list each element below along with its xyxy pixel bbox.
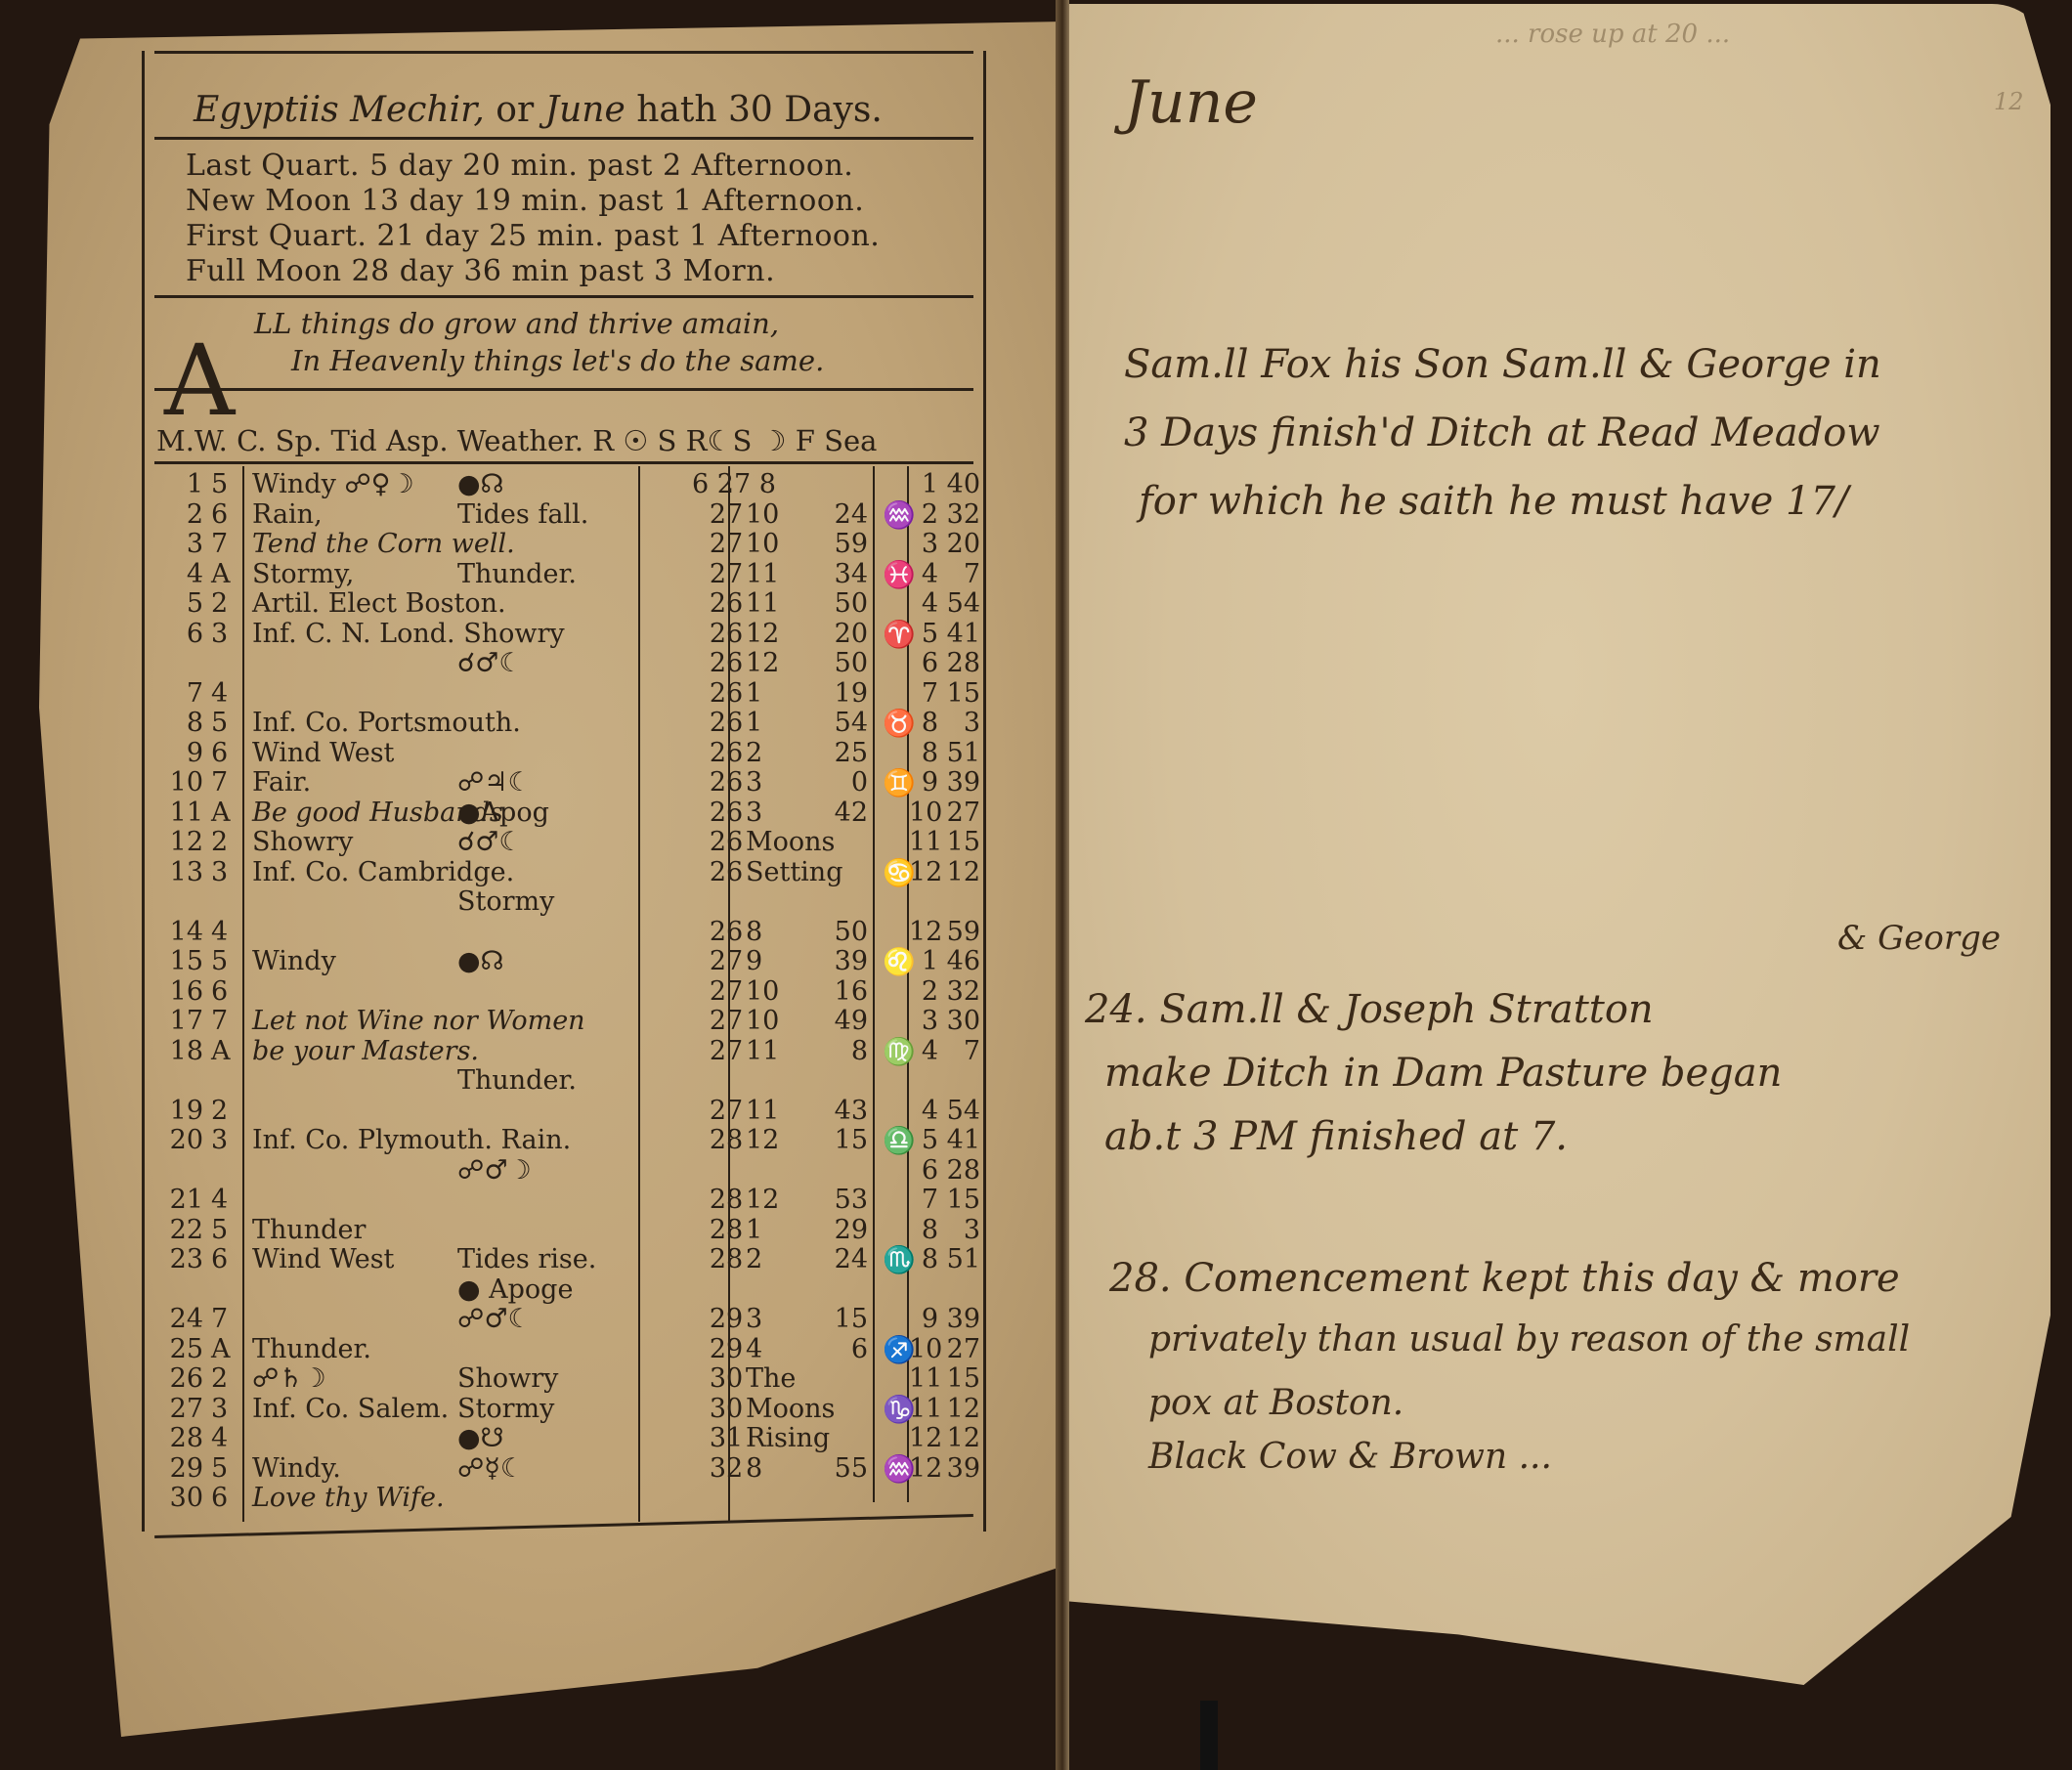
entry-2-line-1: 24. Sam.ll & Joseph Stratton bbox=[1085, 987, 1654, 1032]
cell-wd: 6 bbox=[211, 738, 228, 768]
cell-sun: 6 27 8 bbox=[692, 469, 760, 499]
cell-tm: 32 bbox=[941, 976, 980, 1007]
cell-tm: 41 bbox=[941, 619, 980, 649]
entry-3-line-2: privately than usual by reason of the sm… bbox=[1148, 1319, 1910, 1360]
cell-day: 22 bbox=[164, 1215, 203, 1245]
cell-wx2: Tides fall. bbox=[457, 499, 588, 530]
cell-th: 4 bbox=[909, 588, 938, 619]
cell-mh: 11 bbox=[746, 559, 779, 589]
divider bbox=[154, 388, 973, 391]
cell-day: 2 bbox=[164, 499, 203, 530]
cell-wx2: ☌♂☾ bbox=[457, 827, 523, 857]
cell-day: 17 bbox=[164, 1006, 203, 1036]
cell-mh: 12 bbox=[746, 1185, 779, 1215]
entry-1-line-3: for which he saith he must have 17/ bbox=[1139, 479, 1848, 524]
cell-tm: 15 bbox=[941, 827, 980, 857]
cell-wx2: ☌♂☾ bbox=[457, 648, 523, 678]
cell-mh: 4 bbox=[746, 1334, 762, 1364]
cell-tm: 40 bbox=[941, 469, 980, 499]
cell-day: 25 bbox=[164, 1334, 203, 1364]
cell-mh: 3 bbox=[746, 767, 762, 798]
cell-th: 1 bbox=[909, 469, 938, 499]
cell-day: 24 bbox=[164, 1304, 203, 1334]
cell-mh: 8 bbox=[746, 1453, 762, 1484]
cell-day: 20 bbox=[164, 1125, 203, 1155]
cell-day: 28 bbox=[164, 1423, 203, 1453]
cell-wx2: ☍☿☾ bbox=[457, 1453, 524, 1484]
verse-line-2: In Heavenly things let's do the same. bbox=[291, 344, 824, 377]
cell-tm: 41 bbox=[941, 1125, 980, 1155]
entry-1-line-1: Sam.ll Fox his Son Sam.ll & George in bbox=[1124, 342, 1881, 387]
cell-wx: Stormy, bbox=[252, 559, 354, 589]
cell-mh: Moons bbox=[746, 1394, 835, 1424]
cell-wx: be your Masters. bbox=[252, 1036, 479, 1066]
cell-th: 8 bbox=[909, 1244, 938, 1274]
cell-mm: 15 bbox=[819, 1304, 868, 1334]
cell-mh: 12 bbox=[746, 619, 779, 649]
cell-mh: 1 bbox=[746, 708, 762, 738]
cell-day: 3 bbox=[164, 529, 203, 559]
book-spine bbox=[1056, 0, 1069, 1770]
cell-wd: 6 bbox=[211, 1483, 228, 1513]
cell-tm: 54 bbox=[941, 588, 980, 619]
cell-wx: Inf. C. N. Lond. Showry bbox=[252, 619, 565, 649]
divider bbox=[154, 461, 973, 464]
cell-th: 12 bbox=[909, 1453, 938, 1484]
cell-mm: 49 bbox=[819, 1006, 868, 1036]
cell-wx2: ●Apog bbox=[457, 798, 549, 828]
cell-mh: 9 bbox=[746, 946, 762, 976]
cell-wx: Rain, bbox=[252, 499, 323, 530]
divider bbox=[154, 51, 973, 54]
cell-tm: 28 bbox=[941, 648, 980, 678]
cell-mm: 25 bbox=[819, 738, 868, 768]
cell-day: 21 bbox=[164, 1185, 203, 1215]
cell-tm: 28 bbox=[941, 1155, 980, 1186]
cell-wd: 5 bbox=[211, 469, 228, 499]
cell-wx2: ☍♂☾ bbox=[457, 1304, 532, 1334]
entry-3-line-4: Black Cow & Brown ... bbox=[1148, 1437, 1552, 1477]
cell-th: 4 bbox=[909, 1036, 938, 1066]
cell-mm: 43 bbox=[819, 1096, 868, 1126]
cell-mm: 50 bbox=[819, 648, 868, 678]
cell-wd: 7 bbox=[211, 767, 228, 798]
cell-day: 9 bbox=[164, 738, 203, 768]
cell-wx2: ● Apoge bbox=[457, 1274, 573, 1305]
cell-wd: 6 bbox=[211, 1244, 228, 1274]
cell-mm: 55 bbox=[819, 1453, 868, 1484]
cell-wx2: Showry bbox=[457, 1363, 558, 1394]
cell-th: 4 bbox=[909, 559, 938, 589]
cell-mm: 6 bbox=[819, 1334, 868, 1364]
cell-mm: 20 bbox=[819, 619, 868, 649]
cell-tm: 39 bbox=[941, 1304, 980, 1334]
cell-day: 18 bbox=[164, 1036, 203, 1066]
cell-wd: 2 bbox=[211, 1363, 228, 1394]
cell-th: 2 bbox=[909, 976, 938, 1007]
cell-wx: ☍♄☽ bbox=[252, 1363, 326, 1394]
cell-mh: 12 bbox=[746, 648, 779, 678]
divider bbox=[154, 295, 973, 298]
cell-mm: 39 bbox=[819, 946, 868, 976]
moon-phase-new-moon: New Moon 13 day 19 min. past 1 Afternoon… bbox=[186, 184, 864, 218]
cell-mh: The bbox=[746, 1363, 796, 1394]
cell-wx: Artil. Elect Boston. bbox=[252, 588, 506, 619]
cell-wx: Love thy Wife. bbox=[252, 1483, 445, 1513]
cell-day: 29 bbox=[164, 1453, 203, 1484]
cell-mm: 24 bbox=[819, 499, 868, 530]
cell-tm: 3 bbox=[941, 708, 980, 738]
cell-th: 10 bbox=[909, 1334, 938, 1364]
cell-wd: 2 bbox=[211, 827, 228, 857]
cell-day: 1 bbox=[164, 469, 203, 499]
cell-wd: 3 bbox=[211, 619, 228, 649]
cell-wx2: Thunder. bbox=[457, 559, 577, 589]
cell-tm: 12 bbox=[941, 1423, 980, 1453]
cell-th: 9 bbox=[909, 767, 938, 798]
cell-th: 8 bbox=[909, 1215, 938, 1245]
cell-mm: 8 bbox=[819, 1036, 868, 1066]
book-stand bbox=[1200, 1701, 1218, 1770]
cell-wx2: Stormy bbox=[457, 1394, 554, 1424]
cell-mh: 2 bbox=[746, 1244, 762, 1274]
cell-mh: 11 bbox=[746, 588, 779, 619]
cell-th: 8 bbox=[909, 708, 938, 738]
cell-th: 7 bbox=[909, 1185, 938, 1215]
cell-mm: 54 bbox=[819, 708, 868, 738]
cell-wd: A bbox=[211, 798, 231, 828]
cell-wd: 5 bbox=[211, 708, 228, 738]
cell-wd: 5 bbox=[211, 1453, 228, 1484]
cell-mh: 11 bbox=[746, 1036, 779, 1066]
cell-day: 10 bbox=[164, 767, 203, 798]
cell-th: 3 bbox=[909, 529, 938, 559]
cell-day: 30 bbox=[164, 1483, 203, 1513]
cell-wx: Inf. Co. Cambridge. bbox=[252, 857, 514, 887]
divider bbox=[154, 137, 973, 140]
cell-wd: 7 bbox=[211, 1006, 228, 1036]
cell-mm: 19 bbox=[819, 678, 868, 709]
moon-phase-full-moon: Full Moon 28 day 36 min past 3 Morn. bbox=[186, 254, 775, 288]
cell-tm: 39 bbox=[941, 767, 980, 798]
cell-wd: 3 bbox=[211, 1394, 228, 1424]
cell-wx2: Thunder. bbox=[457, 1065, 577, 1096]
cell-tm: 3 bbox=[941, 1215, 980, 1245]
cell-mm: 0 bbox=[819, 767, 868, 798]
cell-th: 2 bbox=[909, 499, 938, 530]
corner-page-mark: 12 bbox=[1994, 88, 2024, 115]
cell-mh: 11 bbox=[746, 1096, 779, 1126]
cell-th: 11 bbox=[909, 1363, 938, 1394]
cell-tm: 15 bbox=[941, 1363, 980, 1394]
cell-th: 11 bbox=[909, 827, 938, 857]
cell-tm: 7 bbox=[941, 1036, 980, 1066]
cell-mm: 50 bbox=[819, 917, 868, 947]
cell-tm: 15 bbox=[941, 1185, 980, 1215]
cell-wx: Inf. Co. Portsmouth. bbox=[252, 708, 521, 738]
cell-mh: 10 bbox=[746, 1006, 779, 1036]
entry-2-line-3: ab.t 3 PM finished at 7. bbox=[1104, 1114, 1568, 1159]
cell-mm: 34 bbox=[819, 559, 868, 589]
title-suffix: hath 30 Days. bbox=[636, 90, 883, 130]
cell-tm: 32 bbox=[941, 499, 980, 530]
cell-mh: 10 bbox=[746, 976, 779, 1007]
cell-th: 11 bbox=[909, 1394, 938, 1424]
cell-day: 19 bbox=[164, 1096, 203, 1126]
cell-wx: Wind West bbox=[252, 738, 394, 768]
cell-th: 12 bbox=[909, 857, 938, 887]
cell-tm: 39 bbox=[941, 1453, 980, 1484]
cell-wx: Let not Wine nor Women bbox=[252, 1006, 585, 1036]
cell-wx: Inf. Co. Salem. bbox=[252, 1394, 449, 1424]
cell-mh: 10 bbox=[746, 499, 779, 530]
cell-mm: 24 bbox=[819, 1244, 868, 1274]
cell-wx2: Tides rise. bbox=[457, 1244, 596, 1274]
cell-mh: Moons bbox=[746, 827, 835, 857]
cell-th: 9 bbox=[909, 1304, 938, 1334]
cell-day: 8 bbox=[164, 708, 203, 738]
title-or: or bbox=[496, 90, 534, 130]
cell-wx: Windy. bbox=[252, 1453, 341, 1484]
calendar-frame: Egyptiis Mechir, or June hath 30 Days. L… bbox=[142, 51, 986, 1532]
cell-mh: 2 bbox=[746, 738, 762, 768]
cell-mm: 29 bbox=[819, 1215, 868, 1245]
cell-mh: 1 bbox=[746, 1215, 762, 1245]
cell-th: 4 bbox=[909, 1096, 938, 1126]
cell-th: 6 bbox=[909, 1155, 938, 1186]
cell-wd: 6 bbox=[211, 976, 228, 1007]
cell-wx2: ●☊ bbox=[457, 946, 504, 976]
cell-mh: 10 bbox=[746, 529, 779, 559]
cell-day: 7 bbox=[164, 678, 203, 709]
cell-wd: 7 bbox=[211, 1304, 228, 1334]
cell-mh: 8 bbox=[746, 917, 762, 947]
cell-wd: A bbox=[211, 559, 231, 589]
cell-day: 11 bbox=[164, 798, 203, 828]
cell-tm: 46 bbox=[941, 946, 980, 976]
cell-tm: 27 bbox=[941, 1334, 980, 1364]
cell-wx: Showry bbox=[252, 827, 353, 857]
cell-wx2: ●☊ bbox=[457, 469, 504, 499]
cell-tm: 59 bbox=[941, 917, 980, 947]
calendar-row: 306Love thy Wife. bbox=[145, 1483, 983, 1519]
cell-tm: 20 bbox=[941, 529, 980, 559]
cell-wd: 2 bbox=[211, 588, 228, 619]
cell-mh: Rising bbox=[746, 1423, 830, 1453]
month-title: Egyptiis Mechir, or June hath 30 Days. bbox=[194, 90, 883, 130]
cell-wd: 3 bbox=[211, 857, 228, 887]
cell-tm: 51 bbox=[941, 738, 980, 768]
faint-top-note: ... rose up at 20 ... bbox=[1495, 20, 1730, 49]
cell-wx2: Stormy bbox=[457, 886, 554, 917]
cell-wx2: ●☋ bbox=[457, 1423, 504, 1453]
cell-wd: 4 bbox=[211, 917, 228, 947]
cell-th: 5 bbox=[909, 619, 938, 649]
cell-wx: Wind West bbox=[252, 1244, 394, 1274]
cell-wx2: ☍♃☾ bbox=[457, 767, 532, 798]
cell-mm: 16 bbox=[819, 976, 868, 1007]
cell-th: 10 bbox=[909, 798, 938, 828]
cell-wx: Fair. bbox=[252, 767, 311, 798]
cell-mh: Setting bbox=[746, 857, 842, 887]
cell-th: 8 bbox=[909, 738, 938, 768]
cell-mm: 53 bbox=[819, 1185, 868, 1215]
cell-th: 5 bbox=[909, 1125, 938, 1155]
cell-mm: 42 bbox=[819, 798, 868, 828]
cell-mm: 59 bbox=[819, 529, 868, 559]
cell-mh: 3 bbox=[746, 798, 762, 828]
moon-phase-first-quarter: First Quart. 21 day 25 min. past 1 After… bbox=[186, 219, 880, 253]
cell-wd: A bbox=[211, 1036, 231, 1066]
cell-wx: Windy bbox=[252, 946, 336, 976]
cell-wx: Thunder. bbox=[252, 1334, 371, 1364]
verse-line-1: LL things do grow and thrive amain, bbox=[254, 307, 779, 340]
cell-wd: 4 bbox=[211, 1423, 228, 1453]
cell-day: 14 bbox=[164, 917, 203, 947]
cell-tm: 7 bbox=[941, 559, 980, 589]
cell-wd: 4 bbox=[211, 678, 228, 709]
cell-wd: 6 bbox=[211, 499, 228, 530]
moon-phase-last-quarter: Last Quart. 5 day 20 min. past 2 Afterno… bbox=[186, 149, 853, 183]
cell-tm: 15 bbox=[941, 678, 980, 709]
cell-mm: 15 bbox=[819, 1125, 868, 1155]
cell-wd: 2 bbox=[211, 1096, 228, 1126]
cell-day: 13 bbox=[164, 857, 203, 887]
cell-day: 26 bbox=[164, 1363, 203, 1394]
cell-day: 4 bbox=[164, 559, 203, 589]
cell-day: 5 bbox=[164, 588, 203, 619]
journal-right-page bbox=[1063, 4, 2050, 1685]
cell-tm: 30 bbox=[941, 1006, 980, 1036]
cell-wd: 4 bbox=[211, 1185, 228, 1215]
cell-tm: 12 bbox=[941, 857, 980, 887]
entry-2-line-2: make Ditch in Dam Pasture began bbox=[1104, 1051, 1782, 1096]
verse-drop-cap: A bbox=[164, 332, 235, 430]
cell-wx: Inf. Co. Plymouth. Rain. bbox=[252, 1125, 571, 1155]
entry-3-line-3: pox at Boston. bbox=[1148, 1383, 1403, 1423]
cell-th: 3 bbox=[909, 1006, 938, 1036]
cell-wd: 5 bbox=[211, 946, 228, 976]
cell-wx: Tend the Corn well. bbox=[252, 529, 515, 559]
cell-day: 23 bbox=[164, 1244, 203, 1274]
cell-tm: 27 bbox=[941, 798, 980, 828]
cell-wd: 3 bbox=[211, 1125, 228, 1155]
entry-1-line-2: 3 Days finish'd Ditch at Read Meadow bbox=[1124, 410, 1880, 455]
cell-wx2: ☍♂☽ bbox=[457, 1155, 532, 1186]
title-egyptian: Egyptiis Mechir, bbox=[194, 90, 485, 130]
cell-wd: 7 bbox=[211, 529, 228, 559]
cell-th: 12 bbox=[909, 917, 938, 947]
cell-tm: 54 bbox=[941, 1096, 980, 1126]
cell-mh: 1 bbox=[746, 678, 762, 709]
cell-tm: 12 bbox=[941, 1394, 980, 1424]
entry-3-line-1: 28. Comencement kept this day & more bbox=[1109, 1256, 1900, 1301]
cell-day: 27 bbox=[164, 1394, 203, 1424]
cell-th: 7 bbox=[909, 678, 938, 709]
cell-mm: 50 bbox=[819, 588, 868, 619]
cell-th: 6 bbox=[909, 648, 938, 678]
cell-th: 1 bbox=[909, 946, 938, 976]
cell-wx: Windy ☍♀☽ bbox=[252, 469, 414, 499]
cell-th: 12 bbox=[909, 1423, 938, 1453]
cell-wd: A bbox=[211, 1334, 231, 1364]
cell-mh: 3 bbox=[746, 1304, 762, 1334]
journal-heading-june: June bbox=[1124, 68, 1258, 137]
cell-wx: Thunder bbox=[252, 1215, 366, 1245]
cell-day: 6 bbox=[164, 619, 203, 649]
cell-day: 15 bbox=[164, 946, 203, 976]
cell-wd: 5 bbox=[211, 1215, 228, 1245]
title-month: June bbox=[545, 90, 626, 130]
cell-day: 16 bbox=[164, 976, 203, 1007]
cell-mh: 12 bbox=[746, 1125, 779, 1155]
cell-day: 12 bbox=[164, 827, 203, 857]
column-header: M.W. C. Sp. Tid Asp. Weather. R ☉ S R☾S … bbox=[156, 424, 877, 457]
cell-tm: 51 bbox=[941, 1244, 980, 1274]
entry-2-superscript: & George bbox=[1837, 919, 2001, 958]
